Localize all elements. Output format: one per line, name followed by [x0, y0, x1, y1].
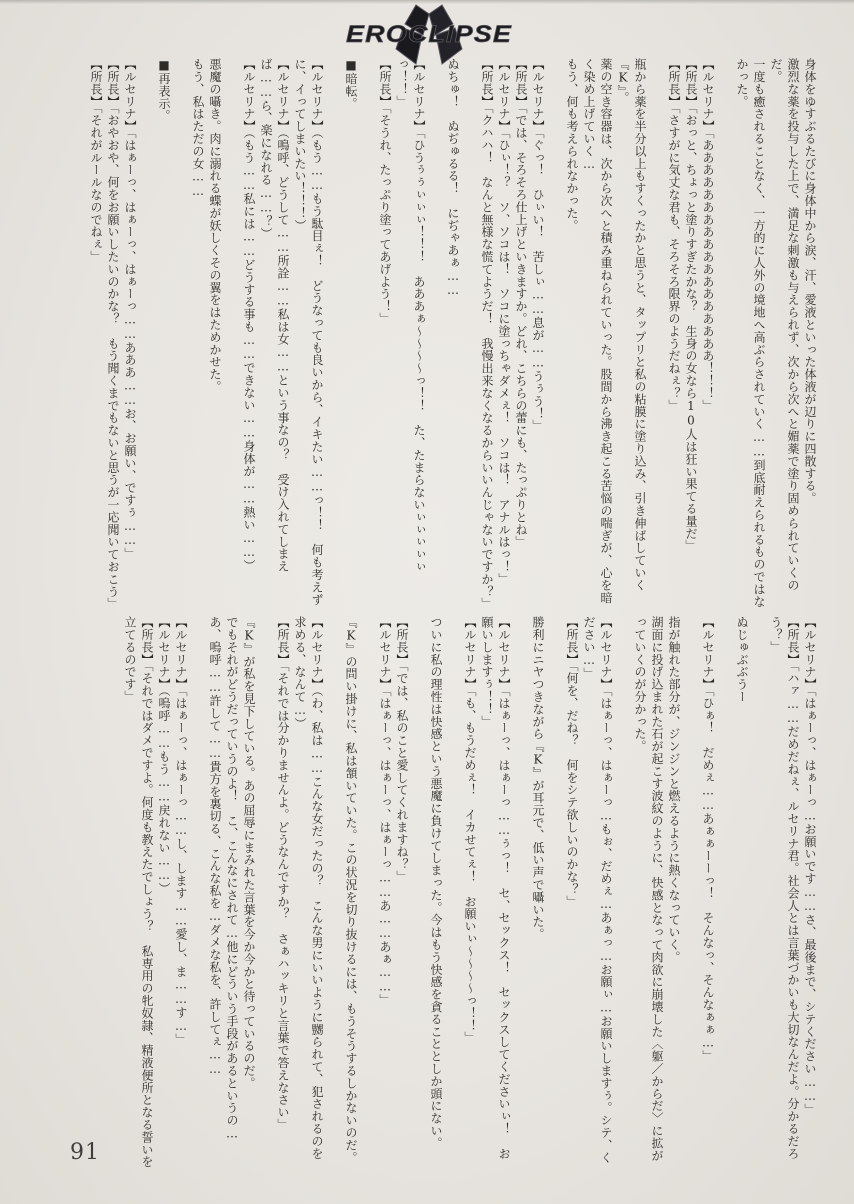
text-paragraph: 【所長】「では、そろそろ仕上げといきますか。どれ、こちらの蕾にも、たっぷりとね」	[512, 58, 529, 610]
text-paragraph: あ、嗚呼……許して……貴方を裏切る、こんな私を…ダメな私を、許してぇ……	[206, 616, 223, 1168]
paragraph-gap	[546, 616, 563, 1168]
text-paragraph: 【ルセリナ】（もう……私には……どうする事も……できない……身体が……熱い……）	[240, 58, 257, 610]
paragraph-gap	[325, 616, 342, 1168]
text-paragraph: 【ルセリナ】「も、もうだめぇ！ イカせてぇ！ お願いぃ～～～～っ！！」	[461, 616, 478, 1168]
text-paragraph: 【所長】「それでは分かりませんよ。どうなんですか？ さぁハッキリと言葉で答えなさ…	[274, 616, 291, 1168]
text-paragraph: 勝利にニヤつきながら『K』が耳元で、低い声で囁いた。	[529, 616, 546, 1168]
text-paragraph: 【ルセリナ】「はぁーっ、はぁーっ…もぉ、だめぇ…あぁっ…お願ぃ…お願いしますぅ。…	[580, 616, 614, 1168]
paragraph-gap	[512, 616, 529, 1168]
text-paragraph: 【ルセリナ】（わ、私は……こんな女だったの？ こんな男にいいように嬲られて、犯さ…	[291, 616, 325, 1168]
paragraph-gap	[750, 616, 767, 1168]
page-number: 91	[70, 1140, 100, 1165]
text-paragraph: ぬじゅぶぶうー	[733, 616, 750, 1168]
text-paragraph: 一度も癒されることなく、一方的に人外の境地へ高ぶらされていく……到底耐えられるも…	[733, 58, 767, 610]
paragraph-gap	[682, 616, 699, 1168]
paragraph-gap	[716, 616, 733, 1168]
text-paragraph: 【所長】「さすがに気丈な君も、そろそろ限界のようだねぇ？」	[665, 58, 682, 610]
text-paragraph: 【所長】「おっと、ちょっと塗りすぎたかな？ 生身の女なら10人は狂い果てる量だ」	[682, 58, 699, 610]
text-paragraph: 湖面に投げ込まれた石が起こす波紋のように、快感となって肉欲に崩壊した〈躯／からだ…	[631, 616, 665, 1168]
paragraph-gap	[359, 58, 376, 610]
text-paragraph: 【ルセリナ】「ひうぅぅぃぃぃ！！！ あああぁ～～～～っ！！ た、たまらないぃぃぃ…	[393, 58, 427, 610]
scanned-script-page: EROCLIPSE 身体をゆすぶるたびに身体中から涙、汗、愛液といった体液が辺り…	[0, 0, 854, 1204]
text-paragraph: 【ルセリナ】「ひぃ！？ ソ、ソコは！ ソコに塗っちゃダメぇ！ ソコは！ アナルは…	[495, 58, 512, 610]
text-paragraph: ついに私の理性は快感という悪魔に負けてしまった。今はもう快感を貪ることとしか頭に…	[427, 616, 444, 1168]
text-paragraph: 『K』が私を見下している。あの屈辱にまみれた言葉を今か今かと待っているのだ。	[240, 616, 257, 1168]
text-paragraph: もう、何も考えられなかった。	[563, 58, 580, 610]
text-paragraph: でもそれがどうだっていうのよ！ こ、こんなにされて…他にどういう手段があるという…	[223, 616, 240, 1168]
paragraph-gap	[444, 616, 461, 1168]
text-paragraph: 【所長】「何を、だね？ 何をシテ欲しいのかな？」	[563, 616, 580, 1168]
text-paragraph: 身体をゆすぶるたびに身体中から涙、汗、愛液といった体液が辺りに四散する。	[801, 58, 818, 610]
text-paragraph: 【ルセリナ】「はぁーっ、はぁーっ……し、します……愛し、ま……す…」	[172, 616, 189, 1168]
paragraph-gap	[223, 58, 240, 610]
script-text-lower-block: 【ルセリナ】「はぁーっ、はぁーっ…お願いです……さ、最後まで、シテください……」…	[121, 616, 818, 1168]
paragraph-gap	[172, 58, 189, 610]
text-paragraph: 【ルセリナ】「はぁーっ、はぁーっ、はぁーっ……あ……あぁ……」	[376, 616, 393, 1168]
text-paragraph: 【ルセリナ】「ひぁ！ だめぇ……あぁぁーーっ！ そんなっ、そんなぁぁ…」	[699, 616, 716, 1168]
text-paragraph: 【所長】「それがルールなのでねぇ」	[87, 58, 104, 610]
paragraph-gap	[138, 58, 155, 610]
paragraph-gap	[427, 58, 444, 610]
paragraph-gap	[716, 58, 733, 610]
text-paragraph: 激烈な薬を投与した上で、満足な刺激も与えられず、次から次へと媚薬で塗り固められて…	[767, 58, 801, 610]
text-paragraph: もう、私はただの女……	[189, 58, 206, 610]
text-paragraph: 【所長】「それではダメですよ。何度も教えたでしょう？ 私専用の牝奴隷、精液便所と…	[121, 616, 155, 1168]
text-paragraph: 【ルセリナ】「ああああああああああああああああああ！！！」	[699, 58, 716, 610]
paragraph-gap	[257, 616, 274, 1168]
text-paragraph: 【ルセリナ】「はぁーっ、はぁーっ、はぁーっ……あああ……お、お願い、ですぅ……」	[121, 58, 138, 610]
text-paragraph: 【ルセリナ】（鳴呼、どうして……所詮……私は女……という事なの？ 受け入れてしま…	[257, 58, 291, 610]
text-paragraph: 【所長】「そうれ、たっぷり塗ってあげよう！」	[376, 58, 393, 610]
text-paragraph: 『K』の問い掛けに、私は頷いていた。この状況を切り抜けるには、もうそうするしかな…	[342, 616, 359, 1168]
text-paragraph: 【所長】「おやおや、何をお願いしたいのかな？ もう聞くまでもないと思うが一応聞い…	[104, 58, 121, 610]
text-paragraph: 【所長】「では、私のこと愛してくれますね？」	[393, 616, 410, 1168]
paragraph-gap	[648, 58, 665, 610]
paragraph-gap	[410, 616, 427, 1168]
text-paragraph: 【所長】「クハハ！ なんと無様な慌てようだ！ 我慢出来なくなるからいいんじゃない…	[478, 58, 495, 610]
text-paragraph: 瓶から薬を半分以上もすくったかと思うと、タップリと私の粘膜に塗り込み、引き伸ばし…	[614, 58, 648, 610]
text-paragraph: 【ルセリナ】「はぁーっ、はぁーっ……ぅっ！ セ、セックス！ セックスしてください…	[478, 616, 512, 1168]
text-paragraph: 薬の空き容器は、次から次へと積み重ねられていった。股間から沸き起こる苦悩の喘ぎが…	[580, 58, 614, 610]
text-paragraph: 【ルセリナ】「ぐっ！ ひぃい！ 苦しぃ……息が……うぅう！」	[529, 58, 546, 610]
text-paragraph: 指が触れた部分が、ジンジンと燃えるように熱くなっていく。	[665, 616, 682, 1168]
text-paragraph: ■再表示。	[155, 58, 172, 610]
text-paragraph: ■暗転。	[342, 58, 359, 610]
paragraph-gap	[189, 616, 206, 1168]
paragraph-gap	[359, 616, 376, 1168]
paragraph-gap	[614, 616, 631, 1168]
text-paragraph: 【ルセリナ】「はぁーっ、はぁーっ…お願いです……さ、最後まで、シテください……」	[801, 616, 818, 1168]
paragraph-gap	[461, 58, 478, 610]
text-paragraph: 【所長】「ハァ……だめだねぇ、ルセリナ君。社会人とは言葉づかいも大切なんだよ。分…	[767, 616, 801, 1168]
paragraph-gap	[325, 58, 342, 610]
logo-title: EROCLIPSE	[346, 21, 512, 48]
text-paragraph: 【ルセリナ】（嗚呼……もう……戻れない……）	[155, 616, 172, 1168]
text-paragraph: ぬちゅ！ ぬぢゅるる！ にぢゃあぁ……	[444, 58, 461, 610]
paragraph-gap	[546, 58, 563, 610]
script-text-upper-block: 身体をゆすぶるたびに身体中から涙、汗、愛液といった体液が辺りに四散する。激烈な薬…	[87, 58, 818, 610]
text-paragraph: 【ルセリナ】（もう……もう駄目ぇ！ どうなっても良いから、イキたい……っ！！ 何…	[291, 58, 325, 610]
text-paragraph: 悪魔の囁き。肉に溺れる蝶が妖しくその翼をはためかせた。	[206, 58, 223, 610]
